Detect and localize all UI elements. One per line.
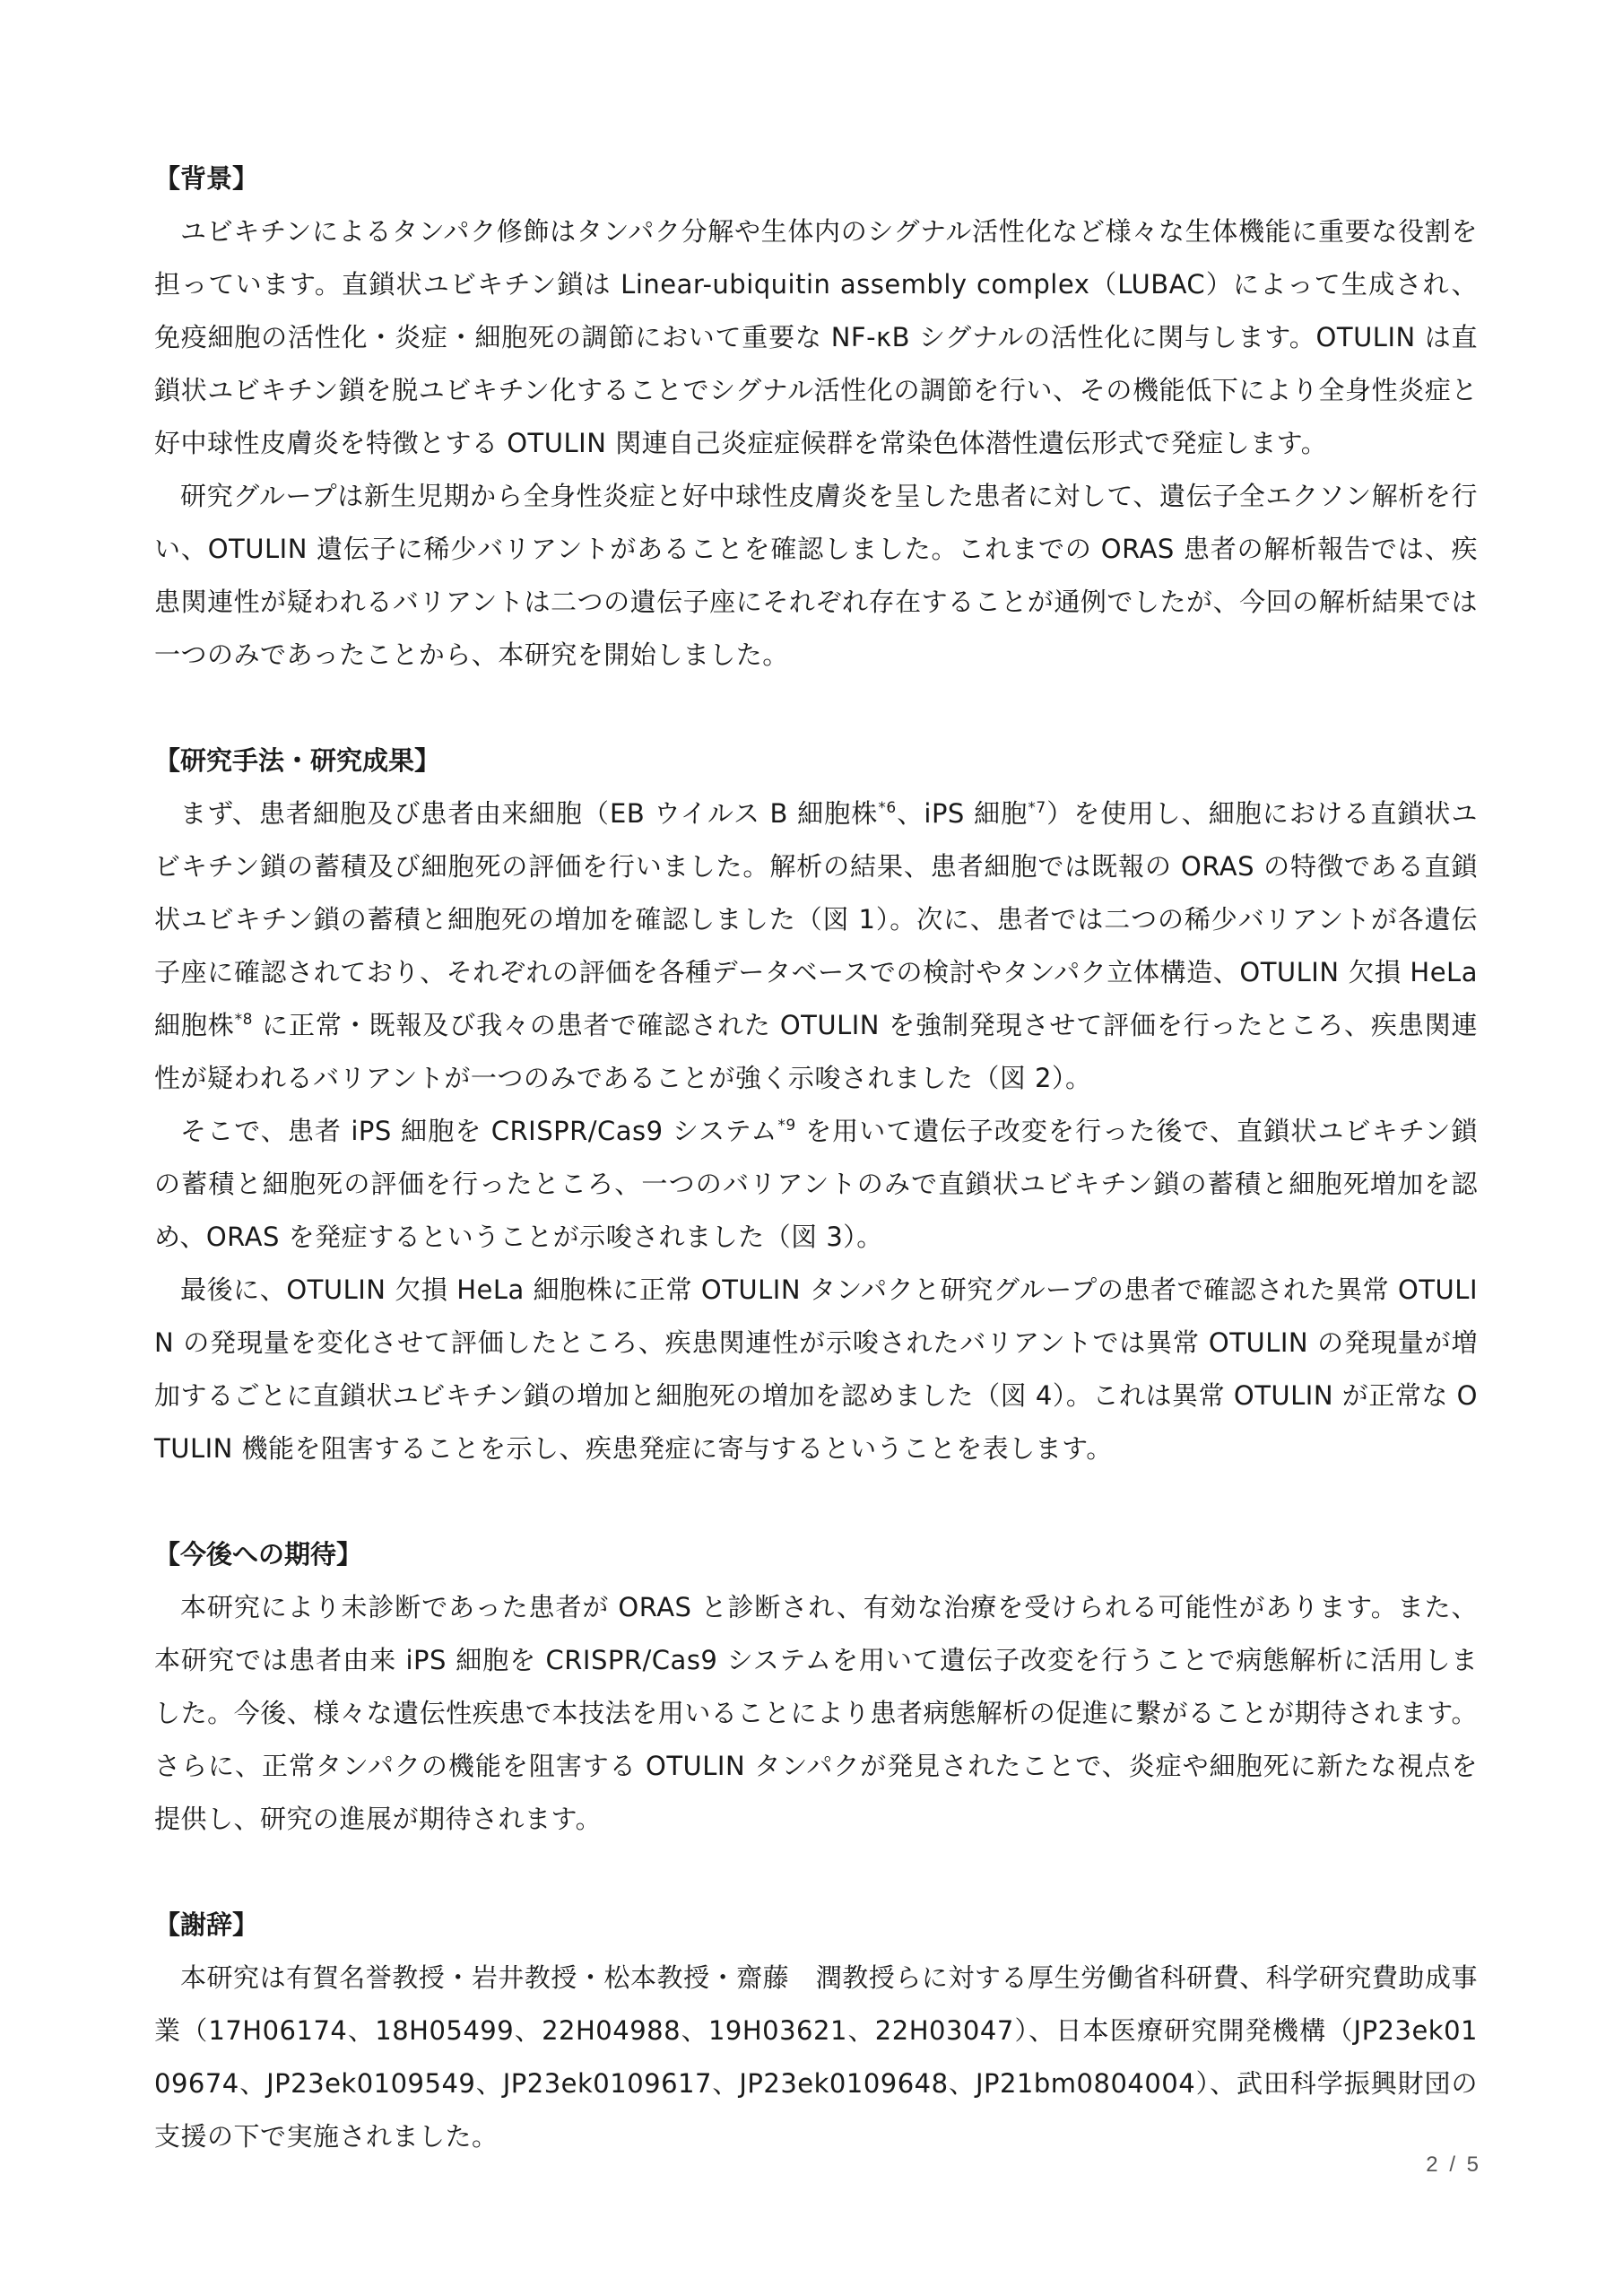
section-background: 【背景】 ユビキチンによるタンパク修飾はタンパク分解や生体内のシグナル活性化など… bbox=[154, 152, 1478, 682]
section-acknowledgements: 【謝辞】 本研究は有賀名誉教授・岩井教授・松本教授・齋藤 潤教授らに対する厚生労… bbox=[154, 1899, 1478, 2163]
section-methods-results: 【研究手法・研究成果】 まず、患者細胞及び患者由来細胞（EB ウイルス B 細胞… bbox=[154, 735, 1478, 1475]
footnote-marker: *9 bbox=[777, 1117, 795, 1135]
document-page: 【背景】 ユビキチンによるタンパク修飾はタンパク分解や生体内のシグナル活性化など… bbox=[154, 152, 1478, 2216]
section-heading: 【研究手法・研究成果】 bbox=[154, 735, 1478, 787]
footnote-marker: *8 bbox=[235, 1011, 253, 1029]
paragraph: 本研究は有賀名誉教授・岩井教授・松本教授・齋藤 潤教授らに対する厚生労働省科研費… bbox=[154, 1952, 1478, 2163]
footnote-marker: *6 bbox=[878, 799, 896, 817]
section-future-expectations: 【今後への期待】 本研究により未診断であった患者が ORAS と診断され、有効な… bbox=[154, 1528, 1478, 1846]
footnote-marker: *7 bbox=[1028, 799, 1046, 817]
page-number: 2 / 5 bbox=[1426, 2152, 1481, 2178]
paragraph: 研究グループは新生児期から全身性炎症と好中球性皮膚炎を呈した患者に対して、遺伝子… bbox=[154, 470, 1478, 682]
paragraph: 本研究により未診断であった患者が ORAS と診断され、有効な治療を受けられる可… bbox=[154, 1581, 1478, 1846]
section-heading: 【今後への期待】 bbox=[154, 1528, 1478, 1581]
paragraph: まず、患者細胞及び患者由来細胞（EB ウイルス B 細胞株*6、iPS 細胞*7… bbox=[154, 787, 1478, 1105]
paragraph: ユビキチンによるタンパク修飾はタンパク分解や生体内のシグナル活性化など様々な生体… bbox=[154, 205, 1478, 470]
section-heading: 【謝辞】 bbox=[154, 1899, 1478, 1952]
section-heading: 【背景】 bbox=[154, 152, 1478, 205]
paragraph: そこで、患者 iPS 細胞を CRISPR/Cas9 システム*9 を用いて遺伝… bbox=[154, 1105, 1478, 1264]
paragraph: 最後に、OTULIN 欠損 HeLa 細胞株に正常 OTULIN タンパクと研究… bbox=[154, 1264, 1478, 1475]
